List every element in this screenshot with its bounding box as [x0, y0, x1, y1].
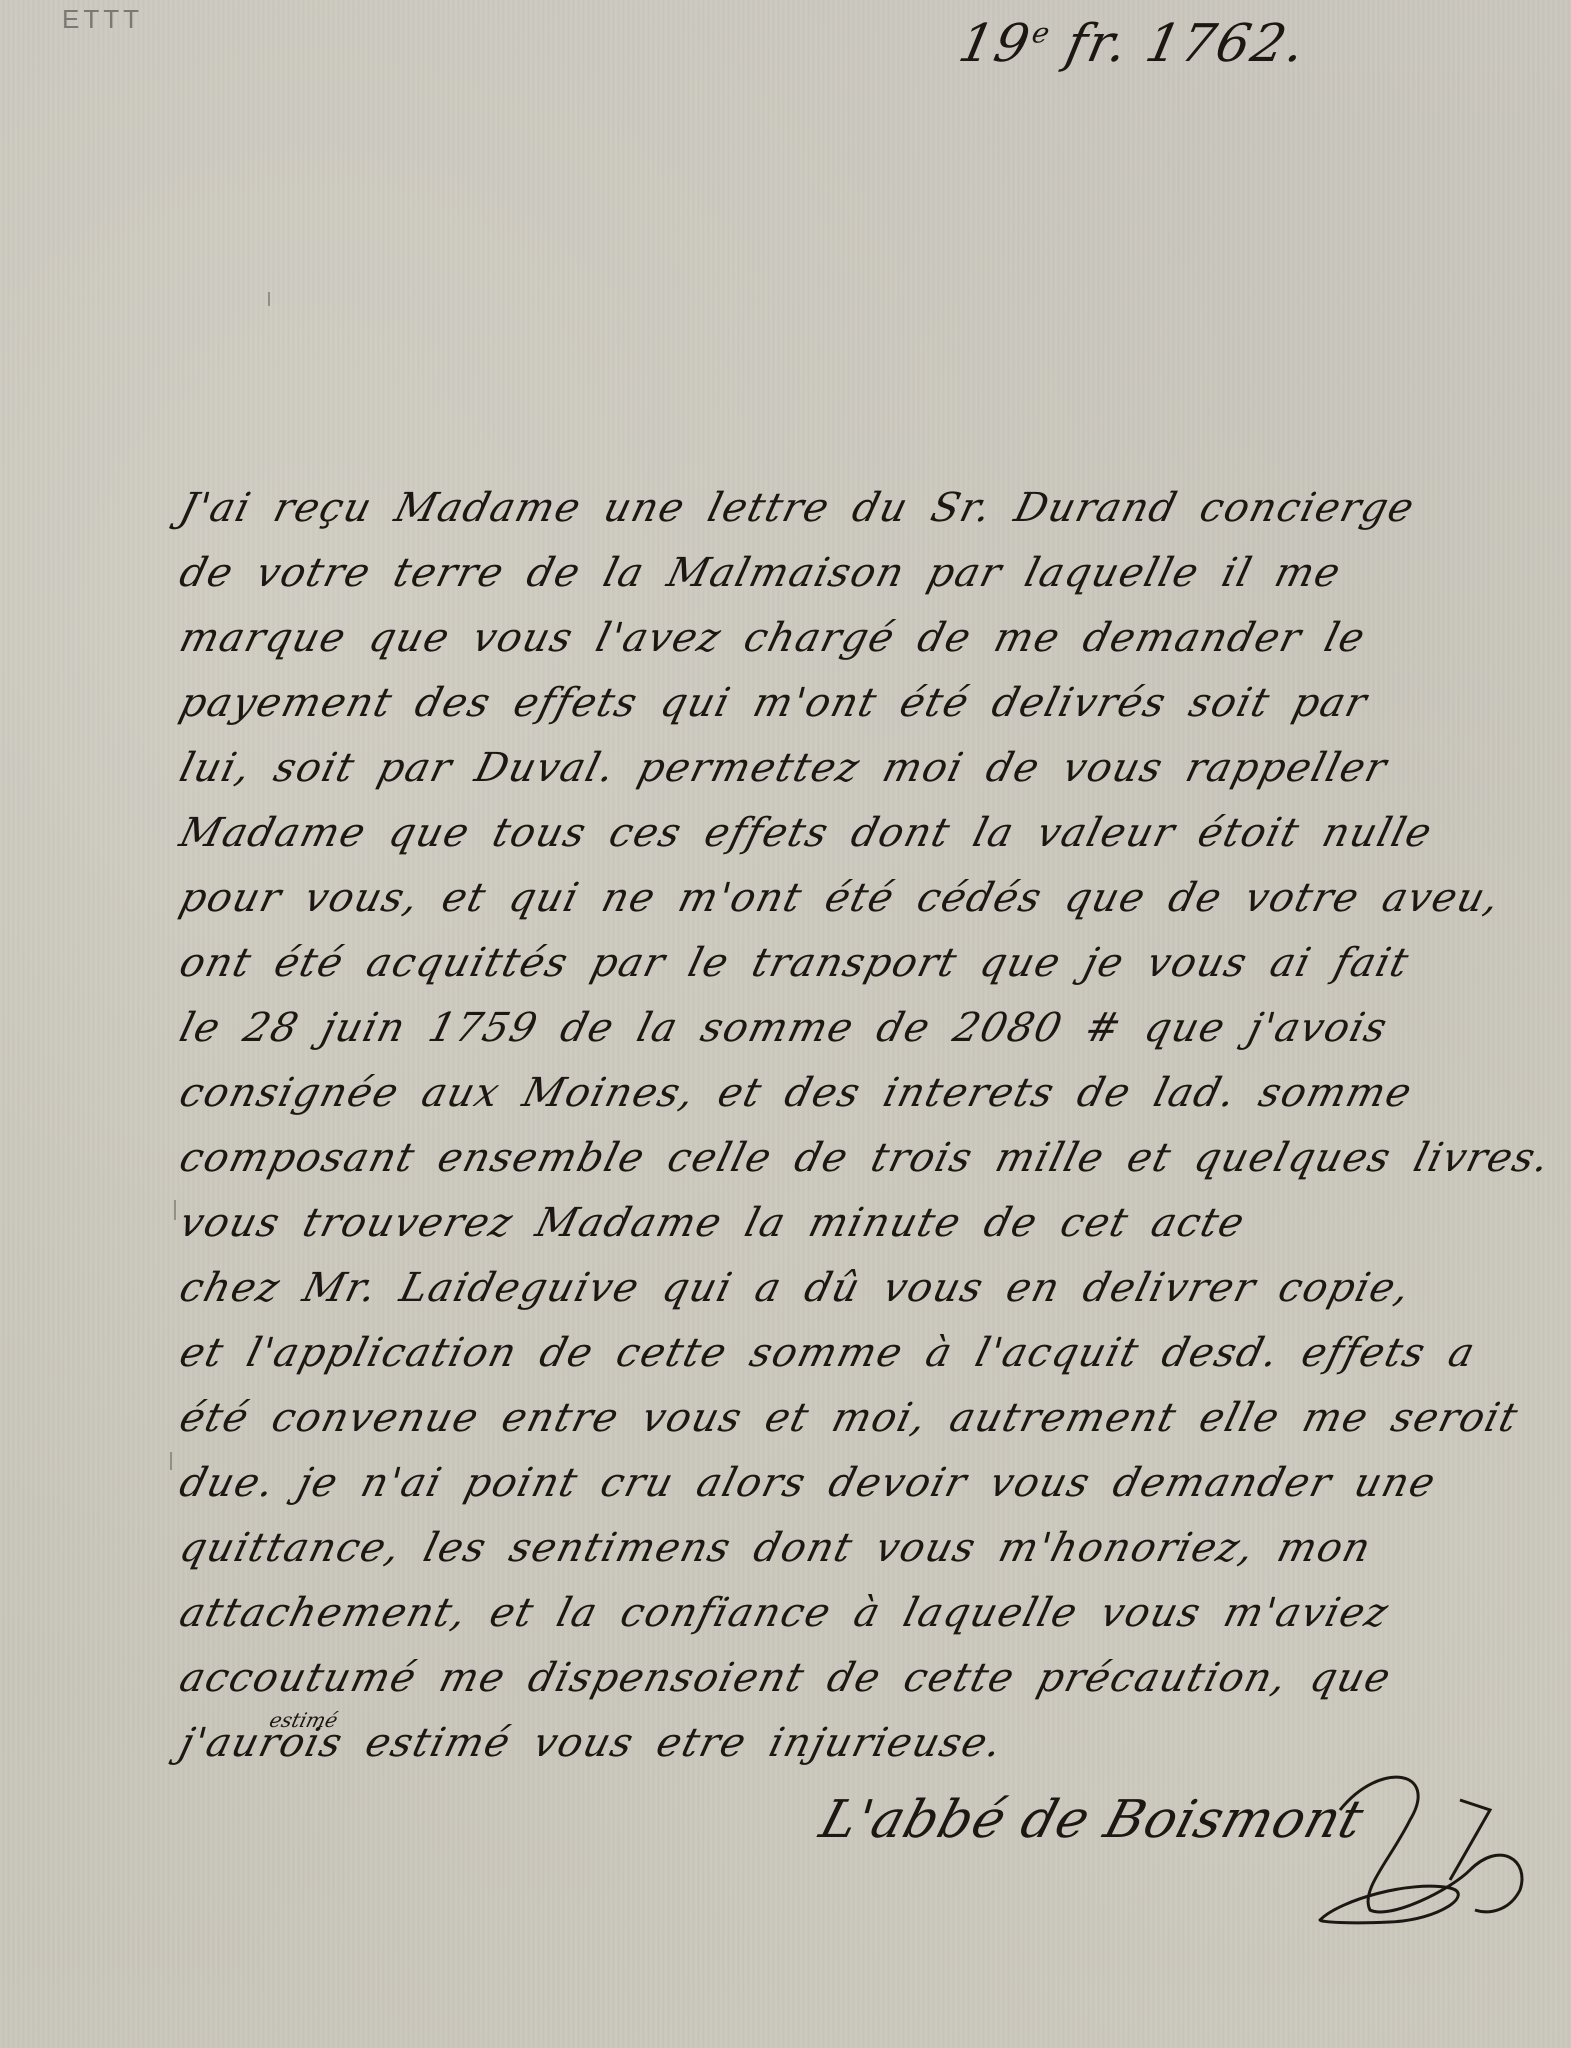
body-line: de votre terre de la Malmaison par laque… — [172, 543, 1571, 608]
body-line: ont été acquittés par le transport que j… — [172, 933, 1571, 998]
body-line: lui, soit par Duval. permettez moi de vo… — [172, 738, 1571, 803]
body-line: accoutumé me dispensoient de cette préca… — [172, 1648, 1571, 1713]
margin-mark — [170, 1452, 172, 1470]
margin-mark — [174, 1200, 176, 1220]
body-line: le 28 juin 1759 de la somme de 2080 # qu… — [172, 998, 1571, 1063]
body-line: composant ensemble celle de trois mille … — [172, 1128, 1571, 1193]
archive-mark: ETTT — [62, 4, 143, 35]
body-line: attachement, et la confiance à laquelle … — [172, 1583, 1571, 1648]
signature-paraph-flourish — [1300, 1770, 1540, 1930]
letter-page: ETTT 19e fr. 1762. J'ai reçu Madame une … — [0, 0, 1571, 2048]
body-line: été convenue entre vous et moi, autremen… — [172, 1388, 1571, 1453]
body-line: pour vous, et qui ne m'ont été cédés que… — [172, 868, 1571, 933]
margin-mark — [268, 292, 270, 306]
body-line: j'aurois estimé vous etre injurieuse. — [172, 1713, 1571, 1778]
signature: L'abbé de Boismont — [813, 1790, 1370, 1850]
body-line: consignée aux Moines, et des interets de… — [172, 1063, 1571, 1128]
date-year: 1762 — [1140, 14, 1293, 74]
body-line: J'ai reçu Madame une lettre du Sr. Duran… — [172, 478, 1571, 543]
date-month: fr — [1061, 14, 1116, 74]
body-line: vous trouverez Madame la minute de cet a… — [172, 1193, 1571, 1258]
body-line: due. je n'ai point cru alors devoir vous… — [172, 1453, 1571, 1518]
letter-body: J'ai reçu Madame une lettre du Sr. Duran… — [172, 478, 1562, 1778]
body-line: marque que vous l'avez chargé de me dema… — [172, 608, 1571, 673]
letter-date: 19e fr. 1762. — [954, 14, 1312, 74]
body-line: chez Mr. Laideguive qui a dû vous en del… — [172, 1258, 1571, 1323]
interlinear-insertion: estimé — [267, 1708, 340, 1732]
date-day: 19 — [954, 14, 1037, 74]
body-line: payement des effets qui m'ont été delivr… — [172, 673, 1571, 738]
body-line: quittance, les sentimens dont vous m'hon… — [172, 1518, 1571, 1583]
body-line: et l'application de cette somme à l'acqu… — [172, 1323, 1571, 1388]
body-line: Madame que tous ces effets dont la valeu… — [172, 803, 1571, 868]
